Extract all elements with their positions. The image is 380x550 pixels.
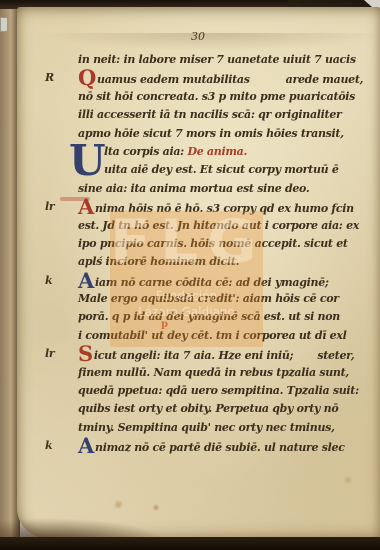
illuminated-initial: Q: [78, 65, 96, 90]
manuscript-line: kAnimaz nō cē partē diē subiē. ul nature…: [78, 437, 368, 455]
watermark-initials: FLG: [110, 207, 263, 277]
spine-label: [0, 17, 8, 32]
text-segment: arede mauet,: [286, 73, 364, 86]
text-segment: nimaz nō cē partē diē subiē. ul nature s…: [95, 441, 345, 454]
manuscript-line: quedā ppetua: qdā uero sempitina. Tpzali…: [78, 382, 368, 400]
margin-letter: lr: [45, 198, 54, 216]
manuscript-line: RQuamus eadem mutabilitasarede mauet,: [78, 69, 368, 87]
text-segment: icut angeli: ita 7 aia. Hze eni iniū;: [94, 349, 293, 362]
manuscript-line: nō sit hōi concreata. s3 p mito pme puar…: [78, 88, 368, 106]
text-segment: uamus eadem mutabilitas: [97, 73, 250, 86]
text-segment: finem nullū. Nam quedā in rebus tpzalia …: [78, 366, 349, 379]
illuminated-initial: S: [78, 341, 93, 366]
manuscript-line: finem nullū. Nam quedā in rebus tpzalia …: [78, 364, 368, 382]
margin-letter: k: [45, 437, 52, 455]
text-segment: illi accesserit iā tn nacilis scā: qr or…: [78, 108, 342, 121]
manuscript-line: uita aiē dey est. Et sicut corpy mortuū …: [78, 161, 368, 179]
library-watermark: FLG Fundación Lázaro Galdiano: [110, 211, 263, 347]
watermark-text-line2: Lázaro Galdiano: [110, 305, 263, 319]
manuscript-line: illi accesserit iā tn nacilis scā: qr or…: [78, 106, 368, 124]
book-bottom-edge: [0, 537, 380, 550]
margin-letter: R: [45, 69, 54, 87]
margin-letter: lr: [45, 345, 54, 363]
illuminated-initial: A: [78, 268, 94, 293]
manuscript-line: tminy. Sempitina quib' nec orty nec tmin…: [78, 419, 368, 437]
parchment-stain: [113, 500, 124, 509]
text-segment: De anima.: [187, 145, 247, 158]
manuscript-line: apmo hōie sicut 7 mors in omis hōies tra…: [78, 125, 368, 143]
text-segment: lta corpis aia:: [104, 145, 187, 158]
faded-rubric-mark: [60, 197, 90, 201]
folio-number: 30: [183, 30, 213, 43]
manuscript-line: sine aia: ita anima mortua est sine deo.: [78, 180, 368, 198]
manuscript-line: Ulta corpis aia: De anima.: [78, 143, 368, 161]
manuscript-line: lrSicut angeli: ita 7 aia. Hze eni iniū;…: [78, 345, 368, 363]
text-segment: steter,: [317, 349, 354, 362]
text-segment: tminy. Sempitina quib' nec orty nec tmin…: [78, 421, 335, 434]
text-segment: in neit: in labore miser 7 uanetate uiui…: [78, 53, 356, 66]
manuscript-line: quibs iest orty et obity. Perpetua qby o…: [78, 400, 368, 418]
watermark-text-line1: Fundación: [110, 289, 263, 303]
text-segment: uita aiē dey est. Et sicut corpy mortuū …: [104, 163, 339, 176]
parchment-stain: [343, 476, 353, 484]
manuscript-photo: { "page": { "folio_number": "30", "water…: [0, 0, 380, 550]
margin-letter: k: [45, 272, 52, 290]
text-segment: quibs iest orty et obity. Perpetua qby o…: [78, 402, 338, 415]
illuminated-initial: A: [78, 433, 94, 458]
text-segment: quedā ppetua: qdā uero sempitina. Tpzali…: [78, 384, 359, 397]
text-segment: apmo hōie sicut 7 mors in omis hōies tra…: [78, 127, 344, 140]
text-segment: nō sit hōi concreata. s3 p mito pme puar…: [78, 90, 355, 103]
parchment-stain: [152, 504, 160, 511]
text-segment: sine aia: ita anima mortua est sine deo.: [78, 182, 309, 195]
manuscript-line: in neit: in labore miser 7 uanetate uiui…: [78, 51, 368, 69]
